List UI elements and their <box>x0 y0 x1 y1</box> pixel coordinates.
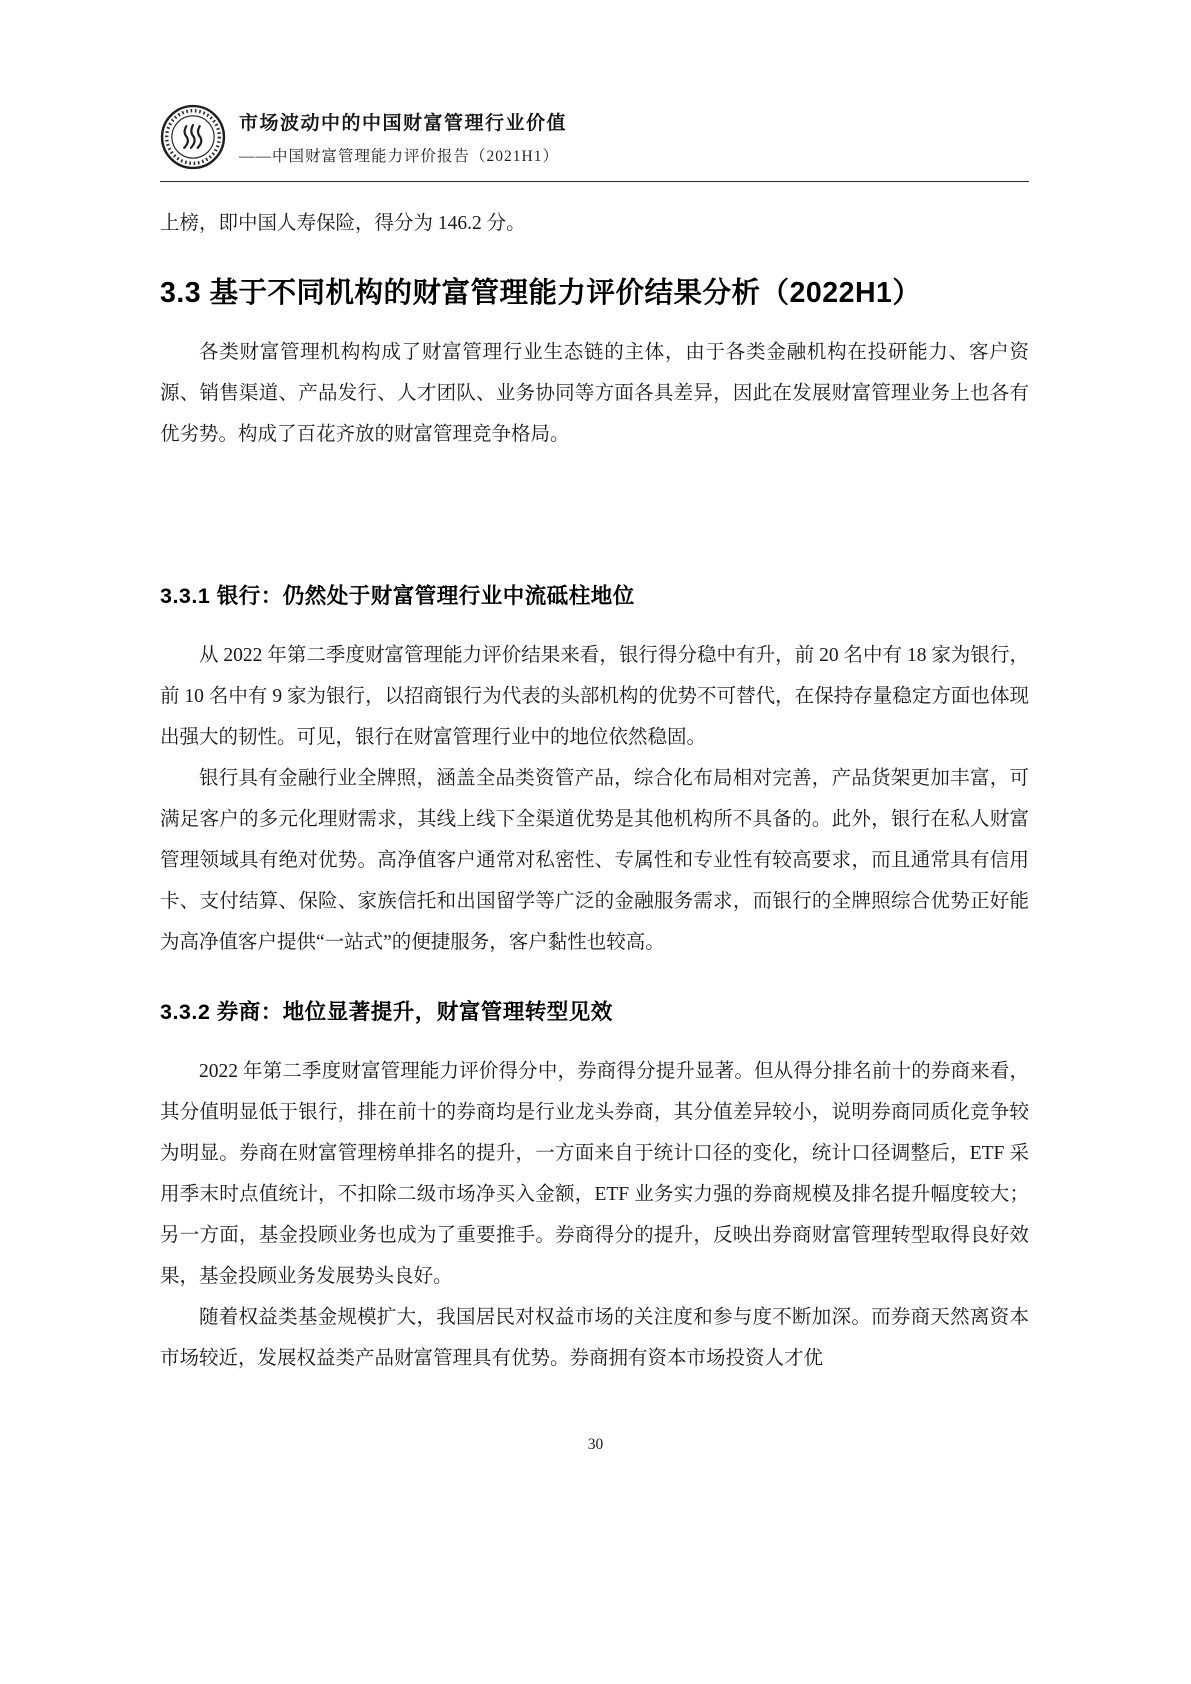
report-subtitle: ——中国财富管理能力评价报告（2021H1） <box>239 144 567 166</box>
carryover-paragraph: 上榜，即中国人寿保险，得分为 146.2 分。 <box>160 203 1029 244</box>
paragraph-banks-1: 从 2022 年第二季度财富管理能力评价结果来看，银行得分稳中有升，前 20 名… <box>160 635 1029 758</box>
page-header: 市场波动中的中国财富管理行业价值 ——中国财富管理能力评价报告（2021H1） <box>160 104 567 170</box>
paragraph-banks-2: 银行具有金融行业全牌照，涵盖全品类资管产品，综合化布局相对完善，产品货架更加丰富… <box>160 758 1029 963</box>
page-number: 30 <box>588 1436 604 1453</box>
report-title: 市场波动中的中国财富管理行业价值 <box>239 108 567 135</box>
section-heading-3-3: 3.3 基于不同机构的财富管理能力评价结果分析（2022H1） <box>160 270 1029 316</box>
document-page: 市场波动中的中国财富管理行业价值 ——中国财富管理能力评价报告（2021H1） … <box>0 0 1191 1684</box>
page-footer: 30 <box>0 1436 1191 1454</box>
subsection-heading-3-3-1: 3.3.1 银行：仍然处于财富管理行业中流砥柱地位 <box>160 581 1029 611</box>
header-divider <box>160 181 1029 182</box>
paragraph-brokers-1: 2022 年第二季度财富管理能力评价得分中，券商得分提升显著。但从得分排名前十的… <box>160 1051 1029 1297</box>
university-seal-icon <box>160 104 226 170</box>
header-titles: 市场波动中的中国财富管理行业价值 ——中国财富管理能力评价报告（2021H1） <box>239 108 567 166</box>
section-intro-paragraph: 各类财富管理机构构成了财富管理行业生态链的主体，由于各类金融机构在投研能力、客户… <box>160 332 1029 455</box>
page-body: 上榜，即中国人寿保险，得分为 146.2 分。 3.3 基于不同机构的财富管理能… <box>160 203 1029 1379</box>
paragraph-brokers-2: 随着权益类基金规模扩大，我国居民对权益市场的关注度和参与度不断加深。而券商天然离… <box>160 1297 1029 1379</box>
subsection-heading-3-3-2: 3.3.2 券商：地位显著提升，财富管理转型见效 <box>160 997 1029 1027</box>
